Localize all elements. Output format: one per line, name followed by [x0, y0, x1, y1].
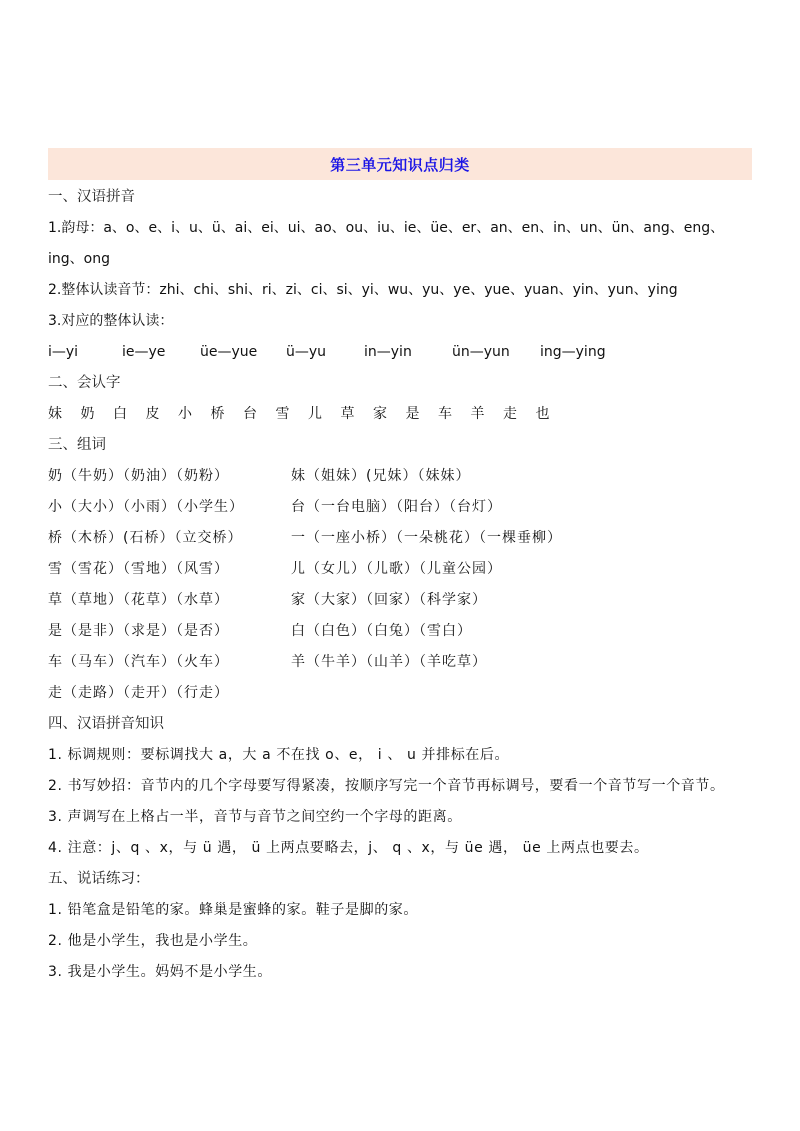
pair-item: ü—yu [286, 337, 350, 368]
whole-syllables-line: 2.整体认读音节：zhi、chi、shi、ri、zi、ci、si、yi、wu、y… [48, 275, 752, 306]
section-heading-recognize: 二、会认字 [48, 368, 752, 399]
knowledge-item: 3. 声调写在上格占一半，音节与音节之间空约一个字母的距离。 [48, 802, 752, 833]
word-group-right: 羊（牛羊）（山羊）（羊吃草） [291, 647, 487, 678]
char-item: 桥 [211, 399, 244, 430]
word-row: 桥（木桥）(石桥）（立交桥） 一（一座小桥）（一朵桃花）（一棵垂柳） [48, 523, 752, 554]
pair-item: in—yin [364, 337, 438, 368]
section-heading-pinyin: 一、汉语拼音 [48, 182, 752, 213]
word-row: 奶（牛奶）（奶油）（奶粉） 妹（姐妹）(兄妹）（妹妹） [48, 461, 752, 492]
word-group-left: 雪（雪花）（雪地）（风雪） [48, 554, 291, 585]
section-heading-words: 三、组词 [48, 430, 752, 461]
document-title: 第三单元知识点归类 [330, 154, 470, 175]
knowledge-item: 1. 标调规则：要标调找大 a，大 a 不在找 o、e， i 、 u 并排标在后… [48, 740, 752, 771]
pair-item: ie—ye [122, 337, 186, 368]
char-item: 家 [373, 399, 406, 430]
finals-line-2: ing、ong [48, 244, 752, 275]
word-group-right: 台（一台电脑）（阳台）（台灯） [291, 492, 502, 523]
char-item: 奶 [81, 399, 114, 430]
char-item: 是 [406, 399, 439, 430]
char-item: 草 [341, 399, 374, 430]
word-group-right: 家（大家）（回家）（科学家） [291, 585, 487, 616]
speaking-item: 3. 我是小学生。妈妈不是小学生。 [48, 957, 752, 988]
word-row: 是（是非）（求是）（是否） 白（白色）（白兔）（雪白） [48, 616, 752, 647]
knowledge-item: 4. 注意：j、q 、x，与 ü 遇， ü 上两点要略去，j、 q 、x，与 ü… [48, 833, 752, 864]
speaking-item: 1. 铅笔盒是铅笔的家。蜂巢是蜜蜂的家。鞋子是脚的家。 [48, 895, 752, 926]
char-item: 白 [113, 399, 146, 430]
word-group-right: 一（一座小桥）（一朵桃花）（一棵垂柳） [291, 523, 562, 554]
word-group-right: 白（白色）（白兔）（雪白） [291, 616, 472, 647]
word-group-left: 是（是非）（求是）（是否） [48, 616, 291, 647]
speaking-item: 2. 他是小学生，我也是小学生。 [48, 926, 752, 957]
document-page: 第三单元知识点归类 一、汉语拼音 1.韵母：a、o、e、i、u、ü、ai、ei、… [48, 148, 752, 988]
char-item: 也 [536, 399, 569, 430]
word-row: 草（草地）（花草）（水草） 家（大家）（回家）（科学家） [48, 585, 752, 616]
pair-item: ün—yun [452, 337, 526, 368]
char-item: 小 [178, 399, 211, 430]
char-item: 车 [438, 399, 471, 430]
recognize-chars: 妹 奶 白 皮 小 桥 台 雪 儿 草 家 是 车 羊 走 也 [48, 399, 752, 430]
char-item: 羊 [471, 399, 504, 430]
finals-line-1: 1.韵母：a、o、e、i、u、ü、ai、ei、ui、ao、ou、iu、ie、üe… [48, 213, 752, 244]
char-item: 雪 [276, 399, 309, 430]
char-item: 走 [503, 399, 536, 430]
word-group-right: 儿（女儿）（儿歌）（儿童公园） [291, 554, 502, 585]
section-heading-pinyin-knowledge: 四、汉语拼音知识 [48, 709, 752, 740]
char-item: 台 [243, 399, 276, 430]
knowledge-item: 2. 书写妙招：音节内的几个字母要写得紧凑，按顺序写完一个音节再标调号，要看一个… [48, 771, 752, 802]
word-group-left: 走（走路）（走开）（行走） [48, 678, 291, 709]
pair-item: i—yi [48, 337, 108, 368]
word-row: 车（马车）（汽车）（火车） 羊（牛羊）（山羊）（羊吃草） [48, 647, 752, 678]
word-row: 走（走路）（走开）（行走） [48, 678, 752, 709]
pair-item: ing—ying [540, 337, 620, 368]
word-group-left: 桥（木桥）(石桥）（立交桥） [48, 523, 291, 554]
word-group-left: 奶（牛奶）（奶油）（奶粉） [48, 461, 291, 492]
word-row: 雪（雪花）（雪地）（风雪） 儿（女儿）（儿歌）（儿童公园） [48, 554, 752, 585]
pair-item: üe—yue [200, 337, 272, 368]
word-group-left: 小（大小）（小雨）（小学生） [48, 492, 291, 523]
word-group-right: 妹（姐妹）(兄妹）（妹妹） [291, 461, 470, 492]
correspond-label: 3.对应的整体认读： [48, 306, 752, 337]
correspond-pairs: i—yi ie—ye üe—yue ü—yu in—yin ün—yun ing… [48, 337, 752, 368]
section-heading-speaking: 五、说话练习： [48, 864, 752, 895]
word-row: 小（大小）（小雨）（小学生） 台（一台电脑）（阳台）（台灯） [48, 492, 752, 523]
char-item: 妹 [48, 399, 81, 430]
word-group-left: 草（草地）（花草）（水草） [48, 585, 291, 616]
char-item: 皮 [146, 399, 179, 430]
char-item: 儿 [308, 399, 341, 430]
title-bar: 第三单元知识点归类 [48, 148, 752, 180]
word-group-left: 车（马车）（汽车）（火车） [48, 647, 291, 678]
